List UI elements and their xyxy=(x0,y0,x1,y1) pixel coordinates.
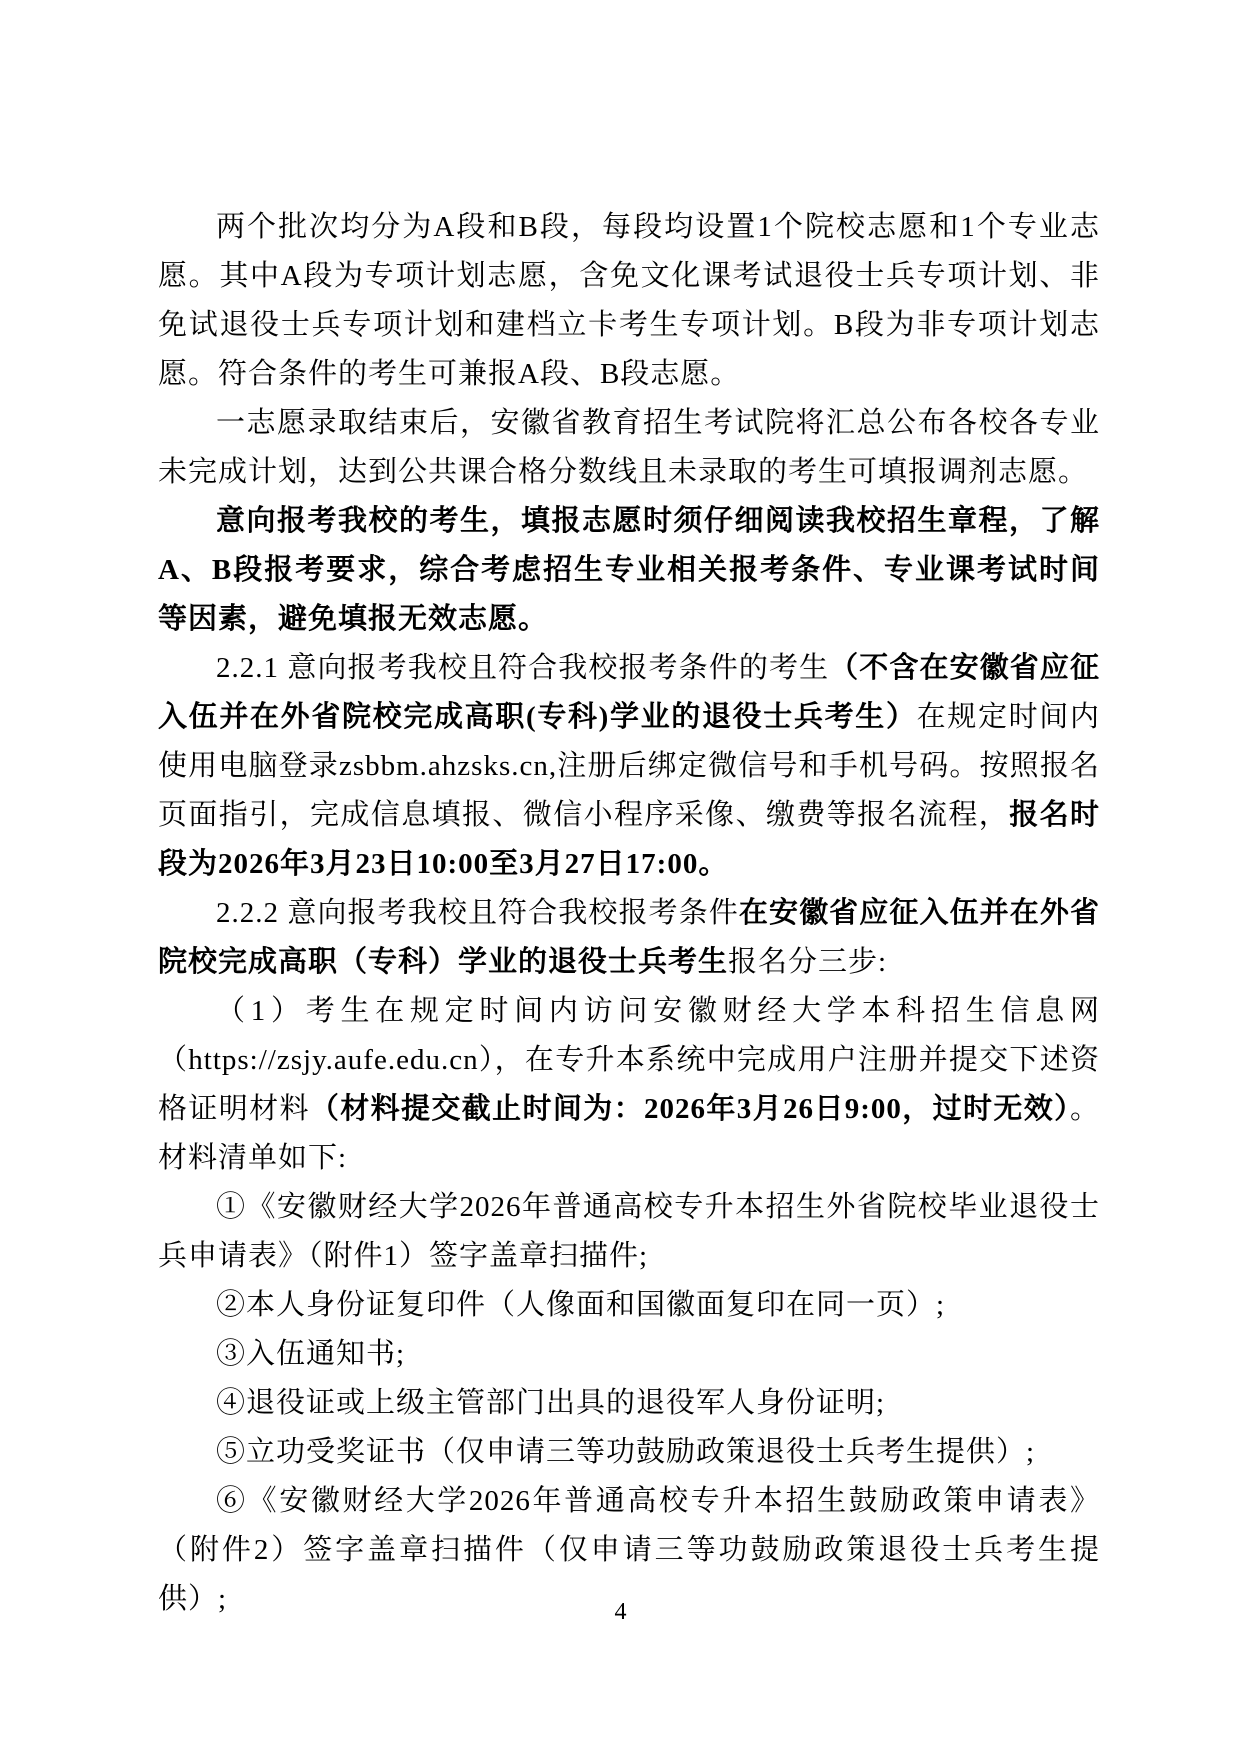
text-run: （材料提交截止时间为：2026年3月26日9:00，过时无效） xyxy=(310,1093,1070,1125)
text-run: ③入伍通知书; xyxy=(216,1338,405,1370)
page-number: 4 xyxy=(0,1597,1241,1627)
document-page: 两个批次均分为A段和B段，每段均设置1个院校志愿和1个专业志愿。其中A段为专项计… xyxy=(0,0,1241,1755)
text-run: ⑤立功受奖证书（仅申请三等功鼓励政策退役士兵考生提供）; xyxy=(216,1436,1035,1468)
text-run: 意向报考我校的考生，填报志愿时须仔细阅读我校招生章程，了解A、B段报考要求，综合… xyxy=(158,505,1100,635)
paragraph: ①《安徽财经大学2026年普通高校专升本招生外省院校毕业退役士兵申请表》（附件1… xyxy=(158,1183,1100,1281)
paragraph: ③入伍通知书; xyxy=(158,1330,1100,1379)
text-run: 报名分三步: xyxy=(728,946,887,978)
text-run: 2.2.1 意向报考我校且符合我校报考条件的考生 xyxy=(216,652,829,684)
text-run: 两个批次均分为A段和B段，每段均设置1个院校志愿和1个专业志愿。其中A段为专项计… xyxy=(158,211,1100,390)
paragraph: ⑤立功受奖证书（仅申请三等功鼓励政策退役士兵考生提供）; xyxy=(158,1428,1100,1477)
paragraph: 两个批次均分为A段和B段，每段均设置1个院校志愿和1个专业志愿。其中A段为专项计… xyxy=(158,203,1100,399)
paragraph: 一志愿录取结束后，安徽省教育招生考试院将汇总公布各校各专业未完成计划，达到公共课… xyxy=(158,399,1100,497)
paragraph: 意向报考我校的考生，填报志愿时须仔细阅读我校招生章程，了解A、B段报考要求，综合… xyxy=(158,497,1100,644)
text-run: ①《安徽财经大学2026年普通高校专升本招生外省院校毕业退役士兵申请表》（附件1… xyxy=(158,1191,1100,1272)
paragraph: （1）考生在规定时间内访问安徽财经大学本科招生信息网（https://zsjy.… xyxy=(158,987,1100,1183)
text-run: ⑥《安徽财经大学2026年普通高校专升本招生鼓励政策申请表》（附件2）签字盖章扫… xyxy=(158,1485,1100,1615)
text-run: 一志愿录取结束后，安徽省教育招生考试院将汇总公布各校各专业未完成计划，达到公共课… xyxy=(158,407,1100,488)
text-run: ②本人身份证复印件（人像面和国徽面复印在同一页）; xyxy=(216,1289,945,1321)
paragraph: ④退役证或上级主管部门出具的退役军人身份证明; xyxy=(158,1379,1100,1428)
paragraph: ②本人身份证复印件（人像面和国徽面复印在同一页）; xyxy=(158,1281,1100,1330)
paragraph: 2.2.2 意向报考我校且符合我校报考条件在安徽省应征入伍并在外省院校完成高职（… xyxy=(158,889,1100,987)
document-body: 两个批次均分为A段和B段，每段均设置1个院校志愿和1个专业志愿。其中A段为专项计… xyxy=(158,203,1100,1624)
text-run: 2.2.2 意向报考我校且符合我校报考条件 xyxy=(216,897,739,929)
paragraph: 2.2.1 意向报考我校且符合我校报考条件的考生（不含在安徽省应征入伍并在外省院… xyxy=(158,644,1100,889)
text-run: ④退役证或上级主管部门出具的退役军人身份证明; xyxy=(216,1387,885,1419)
